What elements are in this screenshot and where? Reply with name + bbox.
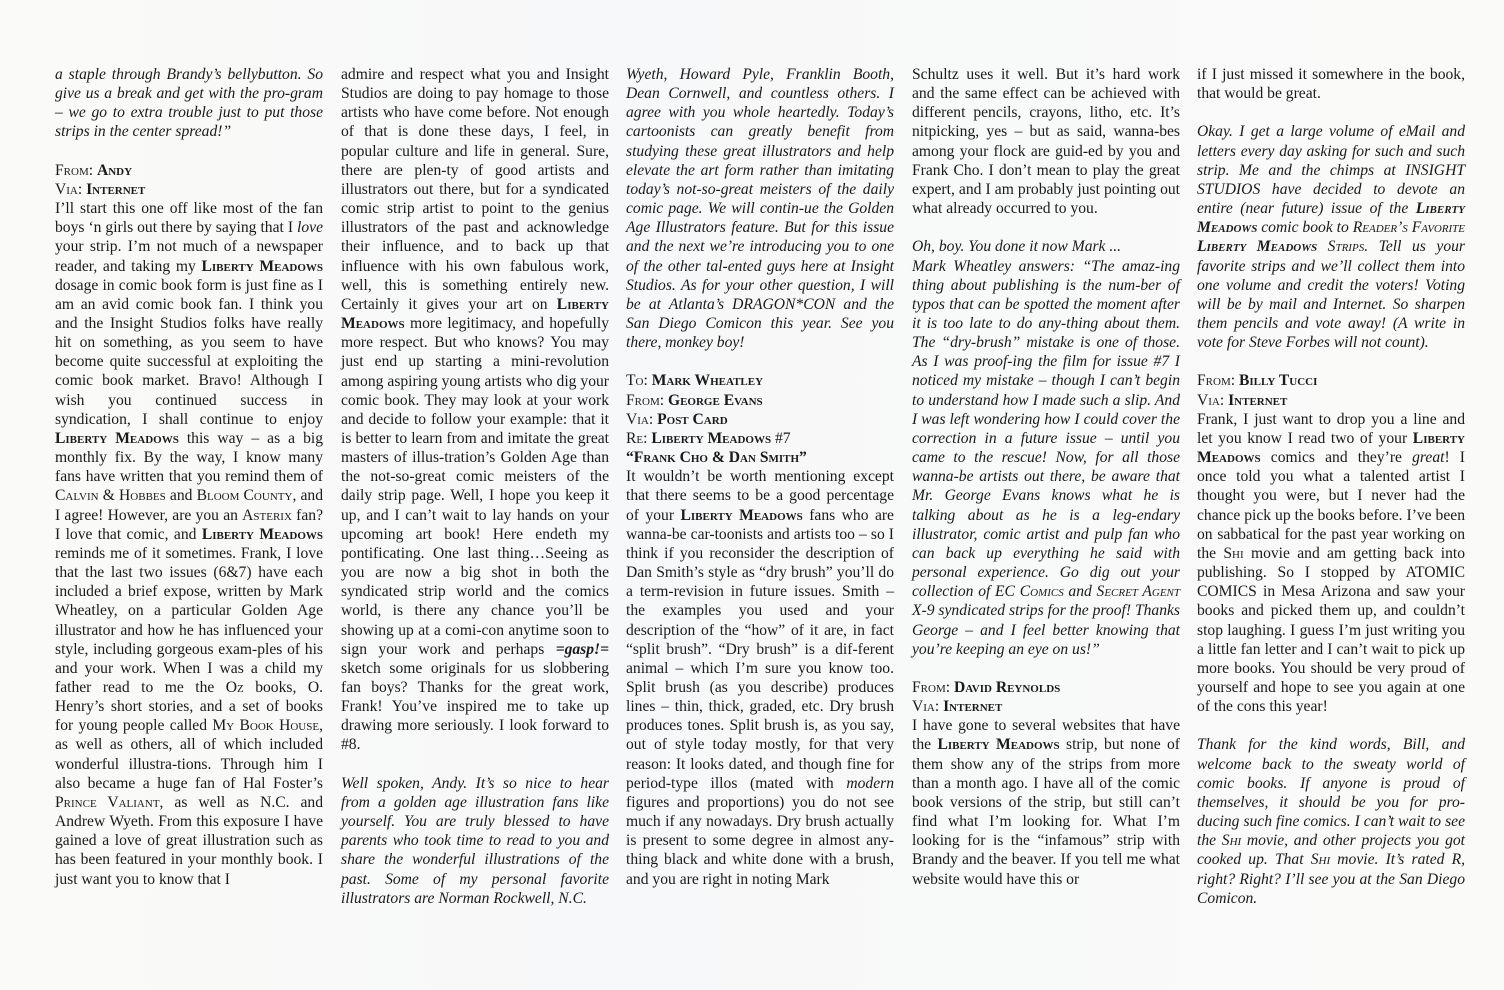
bold-smallcaps-text: “Frank Cho & Dan Smith”: [626, 449, 807, 466]
letter-header: Via: Post Card: [626, 410, 894, 429]
styled-text: Oz: [226, 679, 244, 696]
letter-body: I’ll start this one off like most of the…: [55, 199, 323, 889]
styled-text: modern: [846, 775, 894, 792]
text-run: and: [166, 487, 197, 504]
bold-smallcaps-text: Post Card: [657, 411, 728, 428]
styled-text: Secret Agent: [1097, 583, 1180, 600]
bold-smallcaps-text: Mark Wheatley: [652, 372, 763, 389]
text-run: figures and proportions) you do not see …: [626, 794, 894, 888]
styled-text: Re:: [626, 430, 651, 447]
styled-text: Via:: [626, 411, 657, 428]
letter-body: if I just missed it somewhere in the boo…: [1197, 65, 1465, 103]
text-run: dosage in comic book form is just fine a…: [55, 277, 323, 428]
styled-text: Asterix: [242, 507, 292, 524]
bold-smallcaps-text: Liberty Meadows: [680, 507, 802, 524]
styled-text: love: [297, 219, 323, 236]
styled-text: Prince Valiant: [55, 794, 160, 811]
text-run: movie and am getting back into publishin…: [1197, 545, 1465, 715]
bold-smallcaps-text: Internet: [943, 698, 1002, 715]
text-run: a staple through Brandy’s bellybutton. S…: [55, 66, 323, 140]
text-run: if I just missed it somewhere in the boo…: [1197, 66, 1465, 102]
text-run: strip, but none of them show any of the …: [912, 736, 1180, 887]
letter-header: Via: Internet: [912, 697, 1180, 716]
text-run: #7: [771, 430, 791, 447]
text-run: Well spoken, Andy. It’s so nice to hear …: [341, 775, 609, 907]
bold-smallcaps-text: Liberty Meadows: [651, 430, 771, 447]
letter-body: Frank, I just want to drop you a line an…: [1197, 410, 1465, 717]
styled-text: To:: [626, 372, 652, 389]
text-run: and: [1064, 583, 1097, 600]
text-run: Wyeth, Howard Pyle, Franklin Booth, Dean…: [626, 66, 894, 351]
styled-text: Via:: [912, 698, 943, 715]
bold-smallcaps-text: Internet: [86, 181, 145, 198]
letter-header: To: Mark Wheatley: [626, 371, 894, 390]
letters-page: a staple through Brandy’s bellybutton. S…: [0, 0, 1504, 990]
bold-smallcaps-text: Liberty Meadows: [1197, 238, 1317, 255]
bold-smallcaps-text: Billy Tucci: [1239, 372, 1317, 389]
editor-reply: Well spoken, Andy. It’s so nice to hear …: [341, 774, 609, 908]
text-run: more legitimacy, and hopefully more resp…: [341, 315, 609, 658]
letter-header: From: Andy: [55, 161, 323, 180]
styled-text: Comics: [1020, 583, 1064, 600]
text-run: admire and respect what you and Insight …: [341, 66, 609, 313]
editor-reply: a staple through Brandy’s bellybutton. S…: [55, 65, 323, 142]
text-column-5: if I just missed it somewhere in the boo…: [1197, 65, 1465, 927]
styled-text: Bloom County: [197, 487, 293, 504]
bold-smallcaps-text: Internet: [1228, 392, 1287, 409]
text-column-2: admire and respect what you and Insight …: [341, 65, 609, 927]
styled-text: From:: [1197, 372, 1239, 389]
bold-smallcaps-text: Liberty Meadows: [937, 736, 1059, 753]
text-run: fans who are wanna-be car-toonists and a…: [626, 507, 894, 792]
text-column-1: a staple through Brandy’s bellybutton. S…: [55, 65, 323, 908]
text-run: I’ll start this one off like most of the…: [55, 200, 323, 236]
text-run: comics and they’re: [1261, 449, 1412, 466]
letter-header: Re: Liberty Meadows #7: [626, 429, 894, 448]
letter-body: It wouldn’t be worth mentioning except t…: [626, 467, 894, 888]
styled-text: From:: [55, 162, 97, 179]
styled-text: From:: [912, 679, 954, 696]
editor-reply: Wyeth, Howard Pyle, Franklin Booth, Dean…: [626, 65, 894, 352]
styled-text: Calvin & Hobbes: [55, 487, 166, 504]
text-run: Oh, boy. You done it now Mark ...Mark Wh…: [912, 238, 1180, 600]
styled-text: Shi: [1223, 545, 1243, 562]
letter-body: admire and respect what you and Insight …: [341, 65, 609, 755]
text-column-4: Schultz uses it well. But it’s hard work…: [912, 65, 1180, 908]
bold-smallcaps-text: Andy: [97, 162, 132, 179]
bold-smallcaps-text: Liberty Meadows: [202, 526, 323, 543]
letter-header: From: George Evans: [626, 391, 894, 410]
letter-header: From: David Reynolds: [912, 678, 1180, 697]
letter-body: I have gone to several websites that hav…: [912, 716, 1180, 888]
bold-smallcaps-text: Liberty Meadows: [201, 258, 323, 275]
styled-text: From:: [626, 392, 668, 409]
letter-header: “Frank Cho & Dan Smith”: [626, 448, 894, 467]
letter-header: Via: Internet: [1197, 391, 1465, 410]
bold-smallcaps-text: George Evans: [668, 392, 763, 409]
letter-header: Via: Internet: [55, 180, 323, 199]
editor-reply: Thank for the kind words, Bill, and welc…: [1197, 735, 1465, 907]
styled-text: Reader’s Favorite: [1353, 219, 1465, 236]
styled-text: great: [1412, 449, 1444, 466]
styled-text: Shi: [1222, 832, 1241, 849]
styled-text: Via:: [55, 181, 86, 198]
editor-reply: Oh, boy. You done it now Mark ...Mark Wh…: [912, 237, 1180, 658]
styled-text: Via:: [1197, 392, 1228, 409]
editor-reply: Okay. I get a large volume of eMail and …: [1197, 122, 1465, 352]
styled-text: Shi: [1311, 851, 1330, 868]
text-run: comic book to: [1257, 219, 1352, 236]
text-column-3: Wyeth, Howard Pyle, Franklin Booth, Dean…: [626, 65, 894, 908]
text-run: [1317, 238, 1328, 255]
text-run: reminds me of it sometimes. Frank, I lov…: [55, 545, 323, 696]
bold-smallcaps-text: Liberty Meadows: [55, 430, 179, 447]
text-run: Schultz uses it well. But it’s hard work…: [912, 66, 1180, 217]
styled-text: Strips: [1328, 238, 1365, 255]
letter-body: Schultz uses it well. But it’s hard work…: [912, 65, 1180, 218]
text-run: X-9 syndicated strips for the proof! Tha…: [912, 602, 1180, 657]
styled-text: My Book House: [212, 717, 319, 734]
text-run: sketch some originals for us slobbering …: [341, 660, 609, 754]
letter-header: From: Billy Tucci: [1197, 371, 1465, 390]
styled-text: =gasp!=: [556, 641, 609, 658]
bold-smallcaps-text: David Reynolds: [954, 679, 1060, 696]
